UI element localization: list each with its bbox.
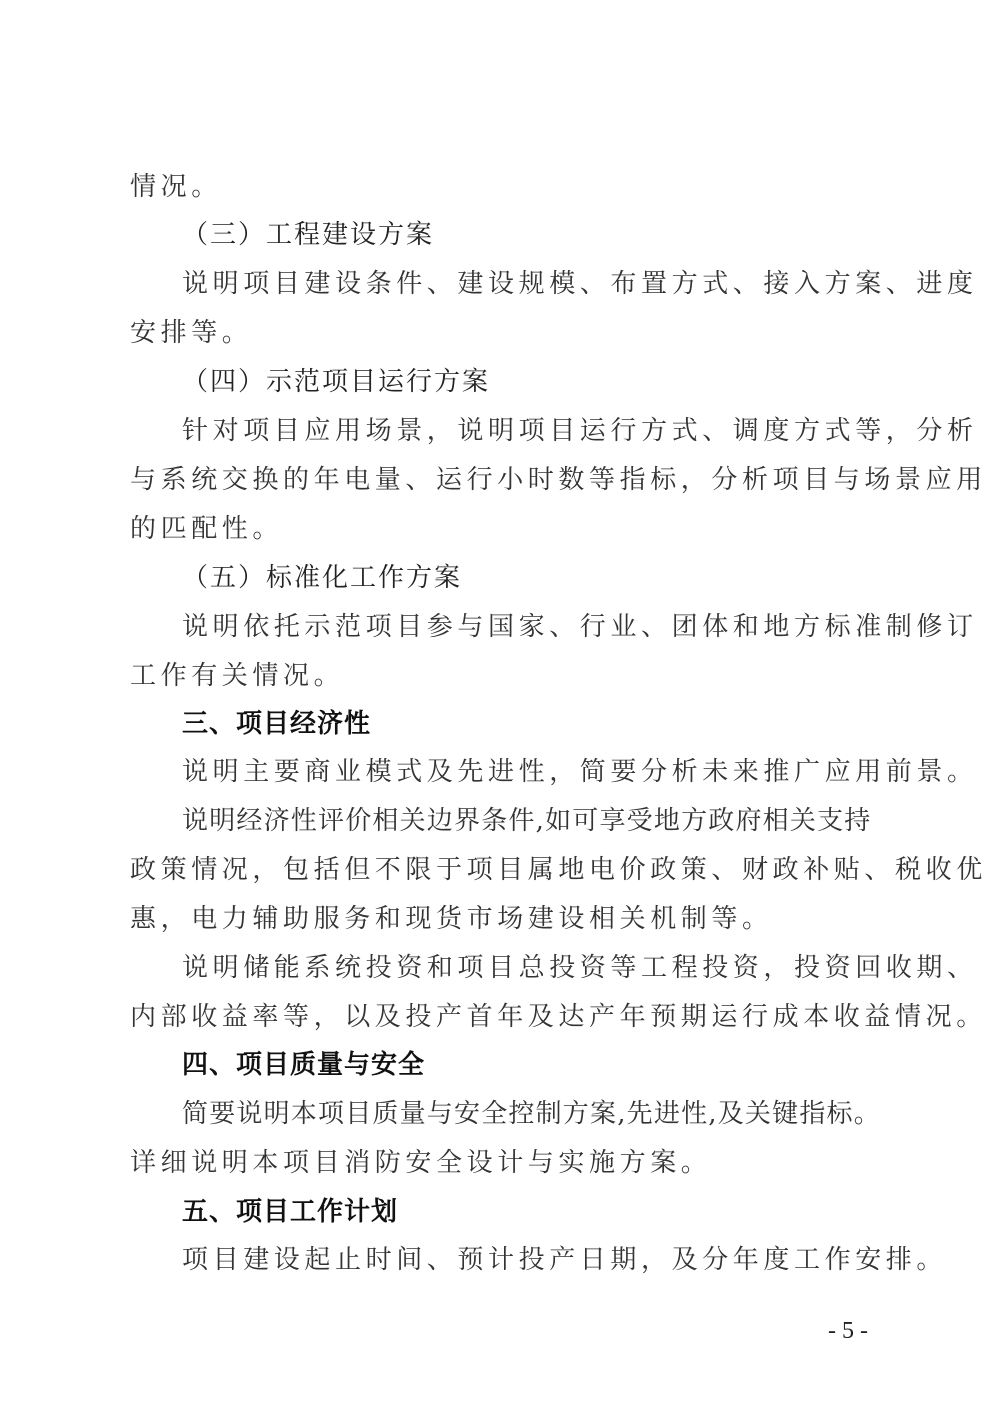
body-text-line: 说明依托示范项目参与国家、行业、团体和地方标准制修订 [182,610,927,644]
body-text-line: 项目建设起止时间、预计投产日期，及分年度工作安排。 [182,1243,927,1277]
body-text-line: 政策情况，包括但不限于项目属地电价政策、财政补贴、税收优 [130,853,875,887]
document-page: 情况。 （三）工程建设方案 说明项目建设条件、建设规模、布置方式、接入方案、进度… [0,0,1000,1414]
body-text-line: 安排等。 [130,316,875,350]
body-text-line: 情况。 [130,170,875,204]
heading-3-economics: 三、项目经济性 [182,707,927,741]
body-text-line: 惠，电力辅助服务和现货市场建设相关机制等。 [130,902,875,936]
page-number: - 5 - [828,1318,868,1345]
body-text-line: 内部收益率等，以及投产首年及达产年预期运行成本收益情况。 [130,1000,875,1034]
body-text-line: 详细说明本项目消防安全设计与实施方案。 [130,1146,875,1180]
body-text-line: 说明主要商业模式及先进性，简要分析未来推广应用前景。 [182,755,927,789]
body-text-line: 与系统交换的年电量、运行小时数等指标，分析项目与场景应用 [130,463,875,497]
heading-5-work-plan: 五、项目工作计划 [182,1195,927,1229]
body-text-line: 的匹配性。 [130,512,875,546]
heading-4-quality-safety: 四、项目质量与安全 [182,1048,927,1082]
body-text-line: 说明储能系统投资和项目总投资等工程投资，投资回收期、 [182,951,927,985]
body-text-line: 针对项目应用场景，说明项目运行方式、调度方式等，分析 [182,414,927,448]
subheading-4-operation-plan: （四）示范项目运行方案 [182,365,927,399]
body-text-line: 说明项目建设条件、建设规模、布置方式、接入方案、进度 [182,267,927,301]
subheading-3-engineering-plan: （三）工程建设方案 [182,218,927,252]
body-text-line: 说明经济性评价相关边界条件,如可享受地方政府相关支持 [182,804,927,838]
body-text-line: 简要说明本项目质量与安全控制方案,先进性,及关键指标。 [182,1097,927,1131]
body-text-line: 工作有关情况。 [130,659,875,693]
subheading-5-standardization-plan: （五）标准化工作方案 [182,561,927,595]
